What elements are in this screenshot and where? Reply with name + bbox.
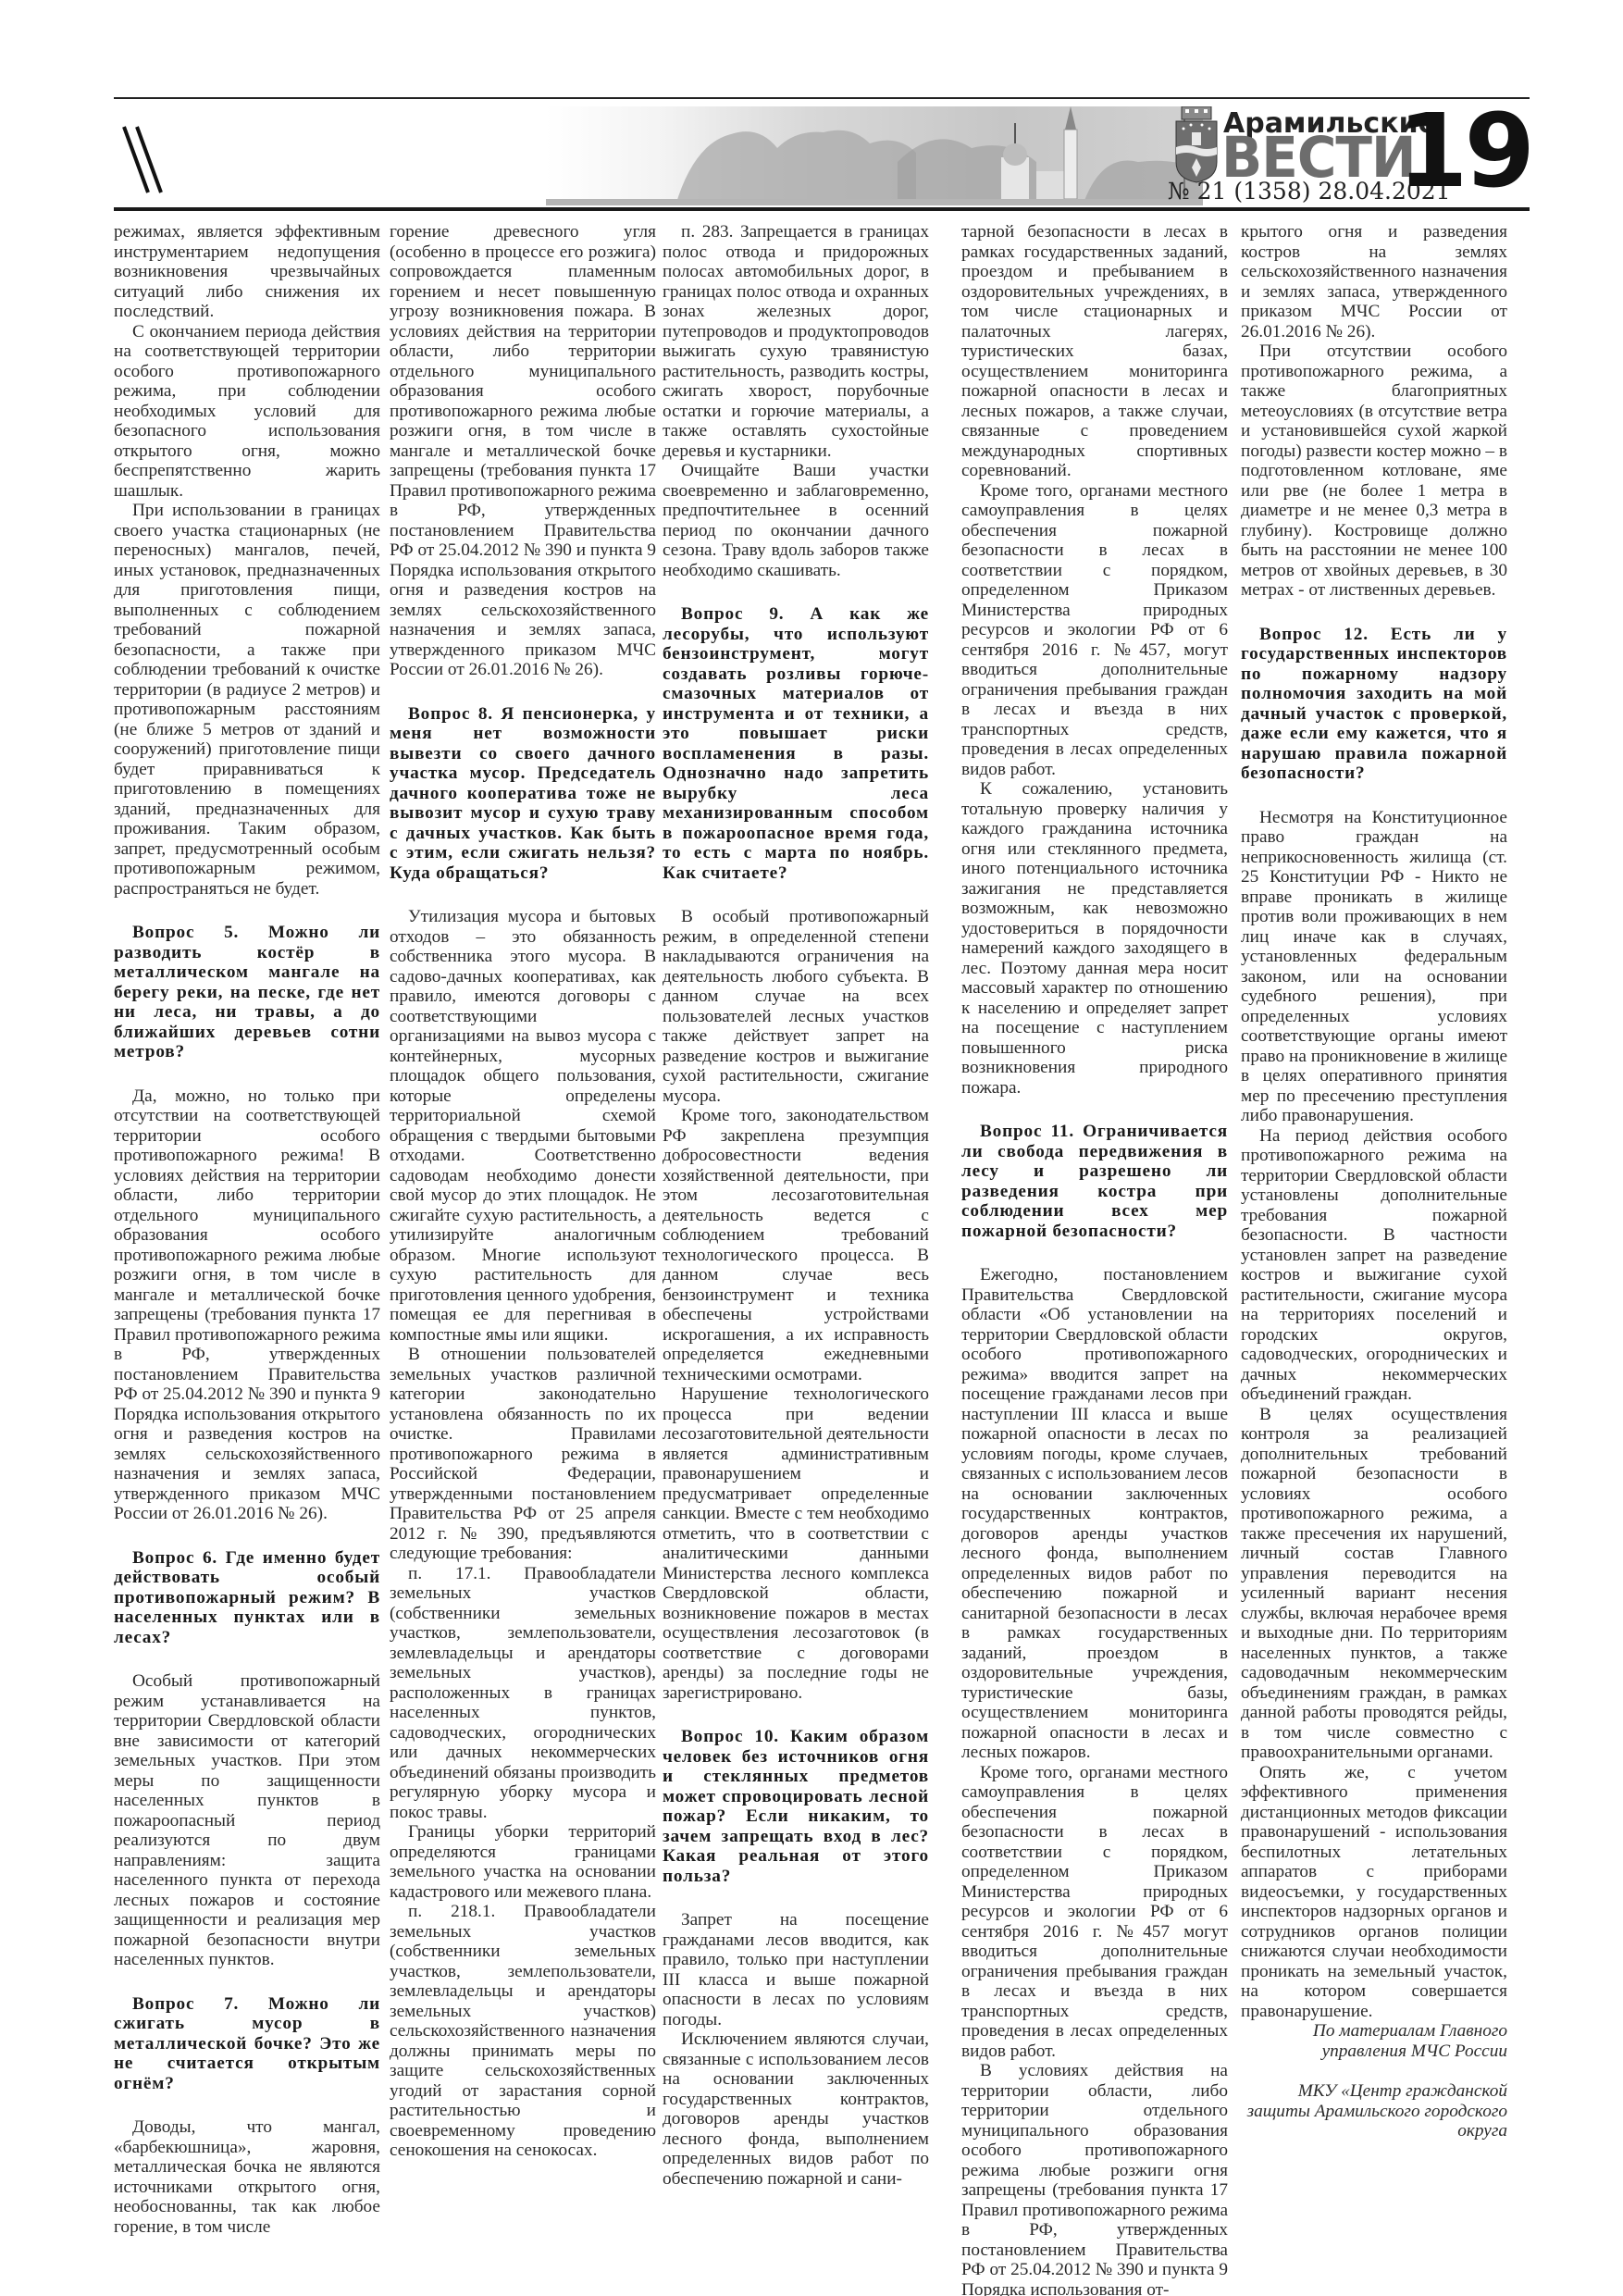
paragraph: Границы уборки территорий определяются г…	[390, 1822, 656, 1902]
text-column-2: горение древесного угля (особенно в проц…	[390, 222, 656, 2161]
question-heading: Вопрос 9. А как же лесорубы, что использ…	[663, 604, 929, 883]
coat-of-arms-icon	[1172, 106, 1220, 185]
article-signature: По материалам Главного управления МЧС Ро…	[1241, 2021, 1507, 2061]
paragraph: Кроме того, органами местного самоуправл…	[961, 481, 1228, 780]
article-signature: МКУ «Центр гражданской защиты Арамильско…	[1241, 2081, 1507, 2141]
question-heading: Вопрос 7. Можно ли сжигать мусор в метал…	[114, 1994, 380, 2094]
paragraph: тарной безопасности в лесах в рамках гос…	[961, 222, 1228, 481]
text-column-5: крытого огня и разведения костров на зем…	[1241, 222, 1507, 2141]
paragraph: Утилизация мусора и бытовых отходов – эт…	[390, 907, 656, 1345]
paragraph: Кроме того, законодательством РФ закрепл…	[663, 1106, 929, 1384]
question-heading: Вопрос 5. Можно ли разводить костёр в ме…	[114, 923, 380, 1062]
paragraph: Исключением являются случаи, связанные с…	[663, 2029, 929, 2189]
question-heading: Вопрос 8. Я пенсионерка, у меня нет возм…	[390, 704, 656, 884]
paragraph: В отношении пользователей земельных учас…	[390, 1345, 656, 1564]
paragraph: п. 283. Запрещается в границах полос отв…	[663, 222, 929, 461]
question-heading: Вопрос 6. Где именно будет действовать о…	[114, 1548, 380, 1648]
paragraph: В особый противопожарный режим, в опреде…	[663, 907, 929, 1106]
paragraph: Опять же, с учетом эффективного применен…	[1241, 1763, 1507, 2022]
paragraph: п. 218.1. Правообладатели земельных учас…	[390, 1902, 656, 2161]
paragraph: При использовании в границах своего учас…	[114, 501, 380, 899]
paragraph: Кроме того, органами местного самоуправл…	[961, 1763, 1228, 2062]
paragraph: п. 17.1. Правообладатели земельных участ…	[390, 1564, 656, 1823]
church-banner-photo	[546, 106, 1203, 205]
paragraph: К сожалению, установить тотальную провер…	[961, 779, 1228, 1098]
paragraph: режимах, является эффективным инструмент…	[114, 222, 380, 322]
text-column-3: п. 283. Запрещается в границах полос отв…	[663, 222, 929, 2189]
question-heading: Вопрос 10. Каким образом человек без ист…	[663, 1727, 929, 1886]
paragraph: В целях осуществления контроля за реализ…	[1241, 1405, 1507, 1763]
question-heading: Вопрос 12. Есть ли у государственных инс…	[1241, 625, 1507, 784]
page-number: 19	[1397, 100, 1531, 202]
paragraph: Доводы, что мангал, «барбекюшница», жаро…	[114, 2117, 380, 2237]
paragraph: Запрет на посещение гражданами лесов вво…	[663, 1910, 929, 2029]
header-top-rule	[114, 97, 1530, 99]
paragraph: С окончанием периода действия на соответ…	[114, 322, 380, 502]
paragraph: При отсутствии особого противопожарного …	[1241, 341, 1507, 601]
paragraph: Нарушение технологического процесса при …	[663, 1384, 929, 1703]
paragraph: На период действия особого противопожарн…	[1241, 1126, 1507, 1405]
paragraph: Несмотря на Конституционное право гражда…	[1241, 808, 1507, 1126]
text-column-1: режимах, является эффективным инструмент…	[114, 222, 380, 2237]
paragraph: В условиях действия на территории област…	[961, 2061, 1228, 2296]
text-column-4: тарной безопасности в лесах в рамках гос…	[961, 222, 1228, 2296]
paragraph: Да, можно, но только при отсутствии на с…	[114, 1086, 380, 1524]
paragraph: Очищайте Ваши участки своевременно и заб…	[663, 461, 929, 580]
paragraph: горение древесного угля (особенно в проц…	[390, 222, 656, 680]
question-heading: Вопрос 11. Ограничивается ли свобода пер…	[961, 1122, 1228, 1241]
header-bottom-rule	[114, 207, 1530, 211]
paragraph: крытого огня и разведения костров на зем…	[1241, 222, 1507, 341]
paragraph: Особый противопожарный режим устанавлива…	[114, 1671, 380, 1970]
double-slash-ornament-icon	[120, 125, 176, 194]
paragraph: Ежегодно, постановлением Правительства С…	[961, 1265, 1228, 1763]
